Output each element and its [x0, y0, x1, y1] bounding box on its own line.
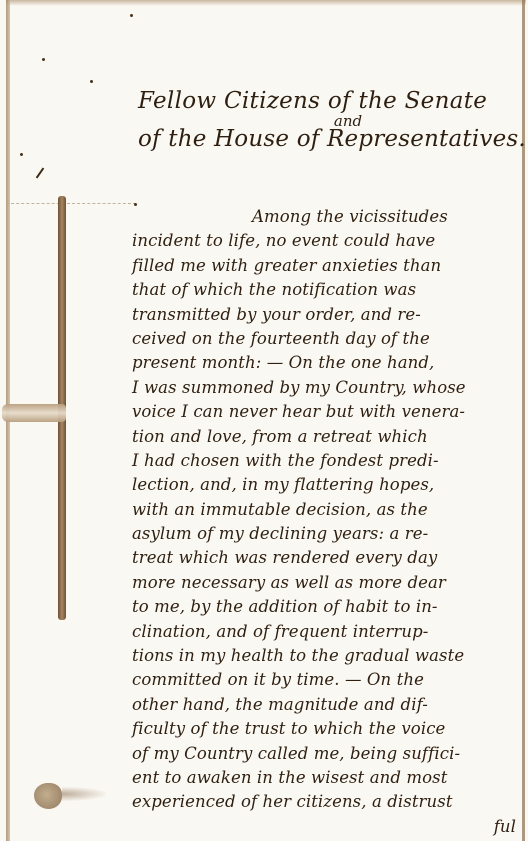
text-line: asylum of my declining years: a re- [132, 522, 522, 546]
text-line: filled me with greater anxieties than [132, 254, 522, 278]
ink-stain [34, 783, 62, 809]
binding-ribbon-horizontal [2, 404, 66, 422]
salutation: Fellow Citizens of the Senate and of the… [138, 88, 518, 152]
paper-top-edge [6, 0, 526, 6]
salutation-line-1: Fellow Citizens of the Senate [138, 88, 518, 114]
ink-speckle [62, 787, 106, 801]
paper-speck [90, 80, 93, 83]
pen-mark [36, 168, 45, 179]
text-line: I was summoned by my Country, whose [132, 376, 522, 400]
text-line: ficulty of the trust to which the voice [132, 717, 522, 741]
paper-speck [42, 58, 45, 61]
text-line: of my Country called me, being suffici- [132, 742, 522, 766]
text-line: tions in my health to the gradual waste [132, 644, 522, 668]
text-line: ceived on the fourteenth day of the [132, 327, 522, 351]
text-line: more necessary as well as more dear [132, 571, 522, 595]
fold-line [6, 203, 136, 205]
text-line: that of which the notification was [132, 278, 522, 302]
text-line: experienced of her citizens, a distrust [132, 790, 522, 814]
text-line: ent to awaken in the wisest and most [132, 766, 522, 790]
text-line: I had chosen with the fondest predi- [132, 449, 522, 473]
text-line: tion and love, from a retreat which [132, 425, 522, 449]
text-line: other hand, the magnitude and dif- [132, 693, 522, 717]
paper-speck [20, 153, 23, 156]
text-line: committed on it by time. — On the [132, 668, 522, 692]
text-line: present month: — On the one hand, [132, 351, 522, 375]
text-line: transmitted by your order, and re- [132, 303, 522, 327]
text-line: lection, and, in my flattering hopes, [132, 473, 522, 497]
text-line: to me, by the addition of habit to in- [132, 595, 522, 619]
salutation-line-2: of the House of Representatives. [138, 126, 518, 152]
text-line: with an immutable decision, as the [132, 498, 522, 522]
manuscript-page: Fellow Citizens of the Senate and of the… [0, 0, 528, 841]
text-line: clination, and of frequent interrup- [132, 620, 522, 644]
text-line: voice I can never hear but with venera- [132, 400, 522, 424]
text-line-catchword: ful [132, 815, 522, 839]
text-line: Among the vicissitudes [132, 205, 522, 229]
paper-speck [130, 14, 133, 17]
manuscript-body: Among the vicissitudes incident to life,… [132, 205, 522, 839]
text-line: treat which was rendered every day [132, 546, 522, 570]
text-line: incident to life, no event could have [132, 229, 522, 253]
